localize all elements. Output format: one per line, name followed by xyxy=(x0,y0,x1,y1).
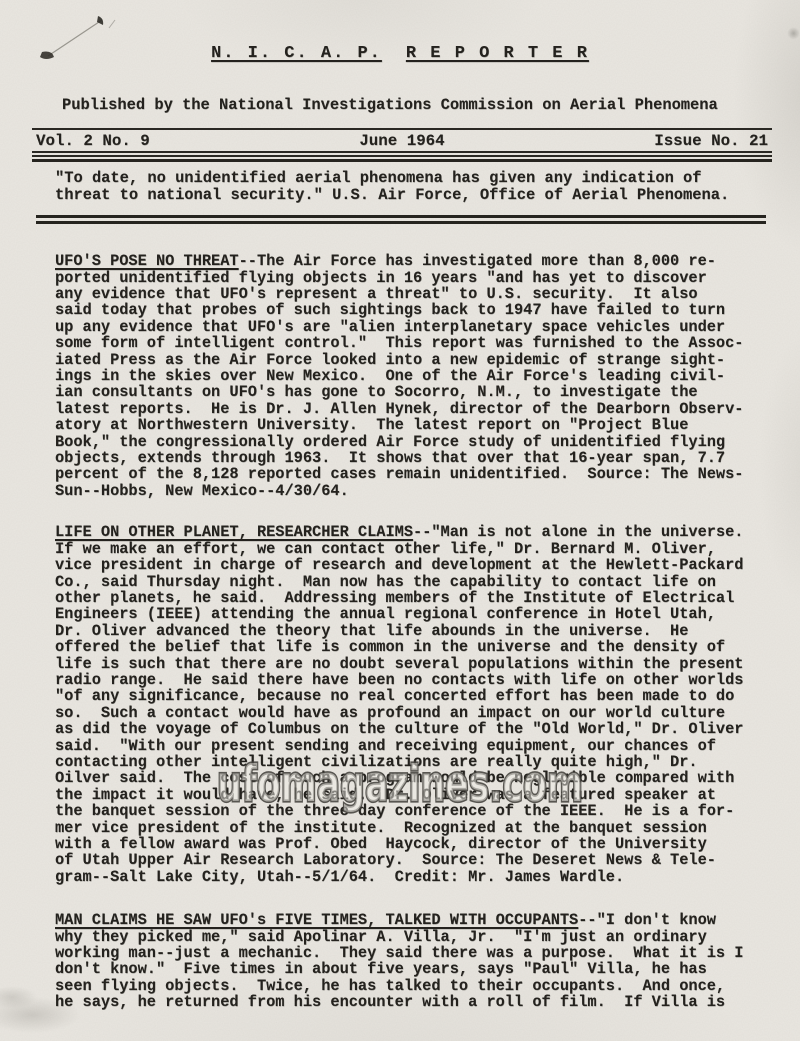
article-body: If we make an effort, we can contact oth… xyxy=(55,540,743,886)
article-headline: UFO'S POSE NO THREAT xyxy=(55,252,239,270)
volume-bar-rule-thin xyxy=(32,155,772,157)
article-life-on-other-planet: LIFE ON OTHER PLANET, RESEARCHER CLAIMS-… xyxy=(55,524,770,885)
article-body: why they picked me," said Apolinar A. Vi… xyxy=(55,928,743,1012)
article-headline: LIFE ON OTHER PLANET, RESEARCHER CLAIMS xyxy=(55,523,413,541)
title-nicap: N. I. C. A. P. xyxy=(211,44,382,63)
masthead-quote: "To date, no unidentified aerial phenome… xyxy=(55,170,800,203)
article-lead: --"I don't know xyxy=(578,911,716,929)
published-line: Published by the National Investigations… xyxy=(62,96,800,114)
article-ufos-pose-no-threat: UFO'S POSE NO THREAT--The Air Force has … xyxy=(55,253,770,499)
article-man-claims-saw-ufos: MAN CLAIMS HE SAW UFO's FIVE TIMES, TALK… xyxy=(55,912,770,1010)
issue-date: June 1964 xyxy=(359,132,444,150)
issue-number: Issue No. 21 xyxy=(654,132,768,150)
article-body: ported unidentified flying objects in 16… xyxy=(55,269,743,500)
volume-bar: Vol. 2 No. 9 June 1964 Issue No. 21 xyxy=(32,128,772,162)
article-lead: --"Man is not alone in the universe. xyxy=(413,523,743,541)
title-reporter: R E P O R T E R xyxy=(406,44,589,63)
volume-bar-rule-thick xyxy=(32,159,772,162)
volume-number: Vol. 2 No. 9 xyxy=(36,132,150,150)
section-divider-rule xyxy=(36,215,766,224)
scanned-newsletter-page: N. I. C. A. P.R E P O R T E R Published … xyxy=(0,0,800,1041)
article-lead: --The Air Force has investigated more th… xyxy=(239,252,716,270)
newsletter-title: N. I. C. A. P.R E P O R T E R xyxy=(0,0,800,63)
article-headline: MAN CLAIMS HE SAW UFO's FIVE TIMES, TALK… xyxy=(55,911,578,929)
